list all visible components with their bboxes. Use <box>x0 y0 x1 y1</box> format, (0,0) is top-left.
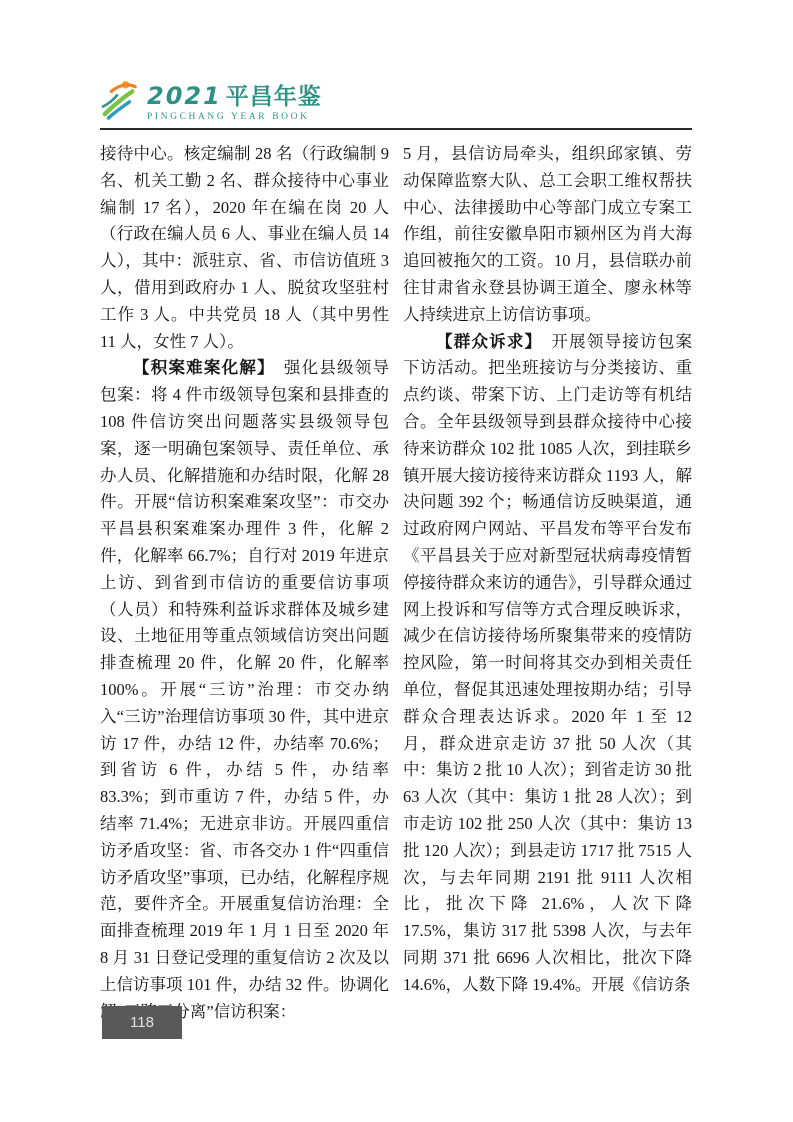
yearbook-page: 2021 平昌年鉴 PINGCHANG YEAR BOOK 接待中心。核定编制 … <box>0 0 793 1122</box>
right-column: 5 月，县信访局牵头，组织邱家镇、劳动保障监察大队、总工会职工维权帮扶中心、法律… <box>403 141 692 1025</box>
entry-heading: 【群众诉求】 <box>436 333 542 351</box>
entry-paragraph: 【积案难案化解】强化县级领导包案：将 4 件市级领导包案和县排查的 108 件信… <box>100 355 389 1025</box>
paragraph-text: 强化县级领导包案：将 4 件市级领导包案和县排查的 108 件信访突出问题落实县… <box>100 358 389 1020</box>
yearbook-brand: 2021 平昌年鉴 PINGCHANG YEAR BOOK <box>147 78 322 122</box>
header-divider <box>100 128 692 130</box>
text-columns: 接待中心。核定编制 28 名（行政编制 9 名、机关工勤 2 名、群众接待中心事… <box>100 141 692 1025</box>
paragraph-text: 5 月，县信访局牵头，组织邱家镇、劳动保障监察大队、总工会职工维权帮扶中心、法律… <box>403 144 692 324</box>
page-number-badge: 118 <box>102 1006 182 1039</box>
yearbook-logo-icon <box>100 78 138 120</box>
entry-heading: 【积案难案化解】 <box>133 359 275 377</box>
left-column: 接待中心。核定编制 28 名（行政编制 9 名、机关工勤 2 名、群众接待中心事… <box>100 141 389 1025</box>
page-header: 2021 平昌年鉴 PINGCHANG YEAR BOOK <box>100 78 692 122</box>
yearbook-title-en: PINGCHANG YEAR BOOK <box>147 112 322 122</box>
yearbook-title-cn: 平昌年鉴 <box>226 78 322 111</box>
entry-paragraph: 【群众诉求】开展领导接访包案下访活动。把坐班接访与分类接访、重点约谈、带案下访、… <box>403 329 692 999</box>
paragraph-text: 开展领导接访包案下访活动。把坐班接访与分类接访、重点约谈、带案下访、上门走访等有… <box>403 332 692 994</box>
page-number: 118 <box>130 1014 154 1031</box>
yearbook-year: 2021 <box>147 82 222 110</box>
paragraph-continuation: 5 月，县信访局牵头，组织邱家镇、劳动保障监察大队、总工会职工维权帮扶中心、法律… <box>403 141 692 329</box>
paragraph-continuation: 接待中心。核定编制 28 名（行政编制 9 名、机关工勤 2 名、群众接待中心事… <box>100 141 389 355</box>
paragraph-text: 接待中心。核定编制 28 名（行政编制 9 名、机关工勤 2 名、群众接待中心事… <box>100 144 389 351</box>
